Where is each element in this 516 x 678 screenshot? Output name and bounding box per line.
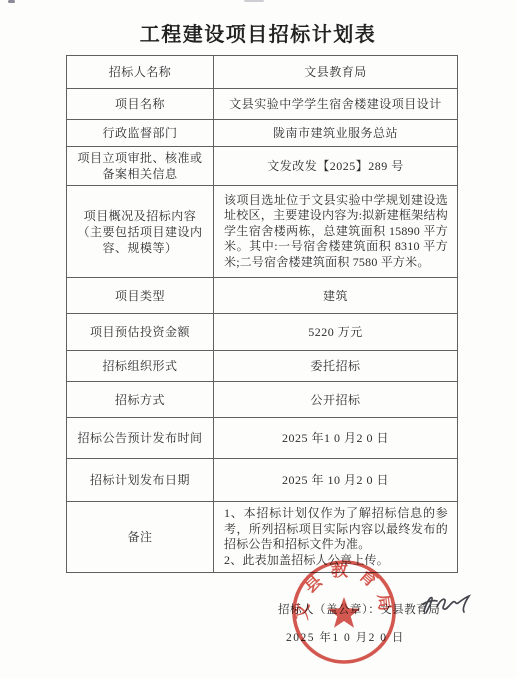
table-row: 项目概况及招标内容（主要包括项目建设内容、规模等）该项目选址位于文县实验中学规划…: [67, 186, 458, 278]
row-value: 2025 年1 0 月2 0 日: [214, 418, 458, 459]
scan-artifact: [244, 0, 264, 2]
row-label: 项目立项审批、核准或备案相关信息: [67, 147, 214, 186]
row-label: 行政监督部门: [67, 120, 214, 147]
signature-date: 2025 年1 0 月2 0 日: [286, 629, 405, 645]
plan-table-body: 招标人名称文县教育局项目名称文县实验中学学生宿舍楼建设项目设计行政监督部门陇南市…: [67, 56, 458, 573]
table-row: 招标公告预计发布时间2025 年1 0 月2 0 日: [67, 418, 458, 459]
table-row: 招标计划发布日期2025 年 10 月2 0 日: [67, 459, 458, 502]
row-value: 文发改发【2025】289 号: [214, 147, 458, 186]
row-value: 文县实验中学学生宿舍楼建设项目设计: [214, 89, 458, 120]
row-value: 委托招标: [214, 351, 458, 382]
row-label: 招标方式: [67, 382, 214, 418]
row-label: 招标计划发布日期: [67, 459, 214, 502]
table-row: 项目预估投资金额5220 万元: [67, 314, 458, 351]
table-row: 项目类型建筑: [67, 278, 458, 314]
page-title: 工程建设项目招标计划表: [0, 18, 516, 47]
row-label: 项目名称: [67, 89, 214, 120]
tender-plan-table: 招标人名称文县教育局项目名称文县实验中学学生宿舍楼建设项目设计行政监督部门陇南市…: [66, 55, 458, 573]
row-value: 公开招标: [214, 382, 458, 418]
row-label: 项目类型: [67, 278, 214, 314]
table-row: 招标组织形式委托招标: [67, 351, 458, 382]
row-value: 该项目选址位于文县实验中学规划建设选址校区，主要建设内容为:拟新建框架结构学生宿…: [214, 186, 458, 278]
row-label: 招标公告预计发布时间: [67, 418, 214, 459]
row-label: 备注: [67, 502, 214, 573]
row-label: 项目预估投资金额: [67, 314, 214, 351]
table-row: 招标方式公开招标: [67, 382, 458, 418]
table-row: 项目名称文县实验中学学生宿舍楼建设项目设计: [67, 89, 458, 120]
row-value: 2025 年 10 月2 0 日: [214, 459, 458, 502]
row-label: 招标组织形式: [67, 351, 214, 382]
table-row: 备注1、本招标计划仅作为了解招标信息的参考，所列招标项目实际内容以最终发布的招标…: [67, 502, 458, 573]
signer-line: 招标人（盖公章）：文县教育局: [278, 601, 440, 617]
row-value: 陇南市建筑业服务总站: [214, 120, 458, 147]
row-value: 1、本招标计划仅作为了解招标信息的参考，所列招标项目实际内容以最终发布的招标公告…: [214, 502, 458, 573]
scan-artifact: [8, 0, 15, 3]
table-row: 招标人名称文县教育局: [67, 56, 458, 89]
row-label: 项目概况及招标内容（主要包括项目建设内容、规模等）: [67, 186, 214, 278]
row-label: 招标人名称: [67, 56, 214, 89]
row-value: 建筑: [214, 278, 458, 314]
table-row: 行政监督部门陇南市建筑业服务总站: [67, 120, 458, 147]
table-row: 项目立项审批、核准或备案相关信息文发改发【2025】289 号: [67, 147, 458, 186]
row-value: 5220 万元: [214, 314, 458, 351]
row-value: 文县教育局: [214, 56, 458, 89]
